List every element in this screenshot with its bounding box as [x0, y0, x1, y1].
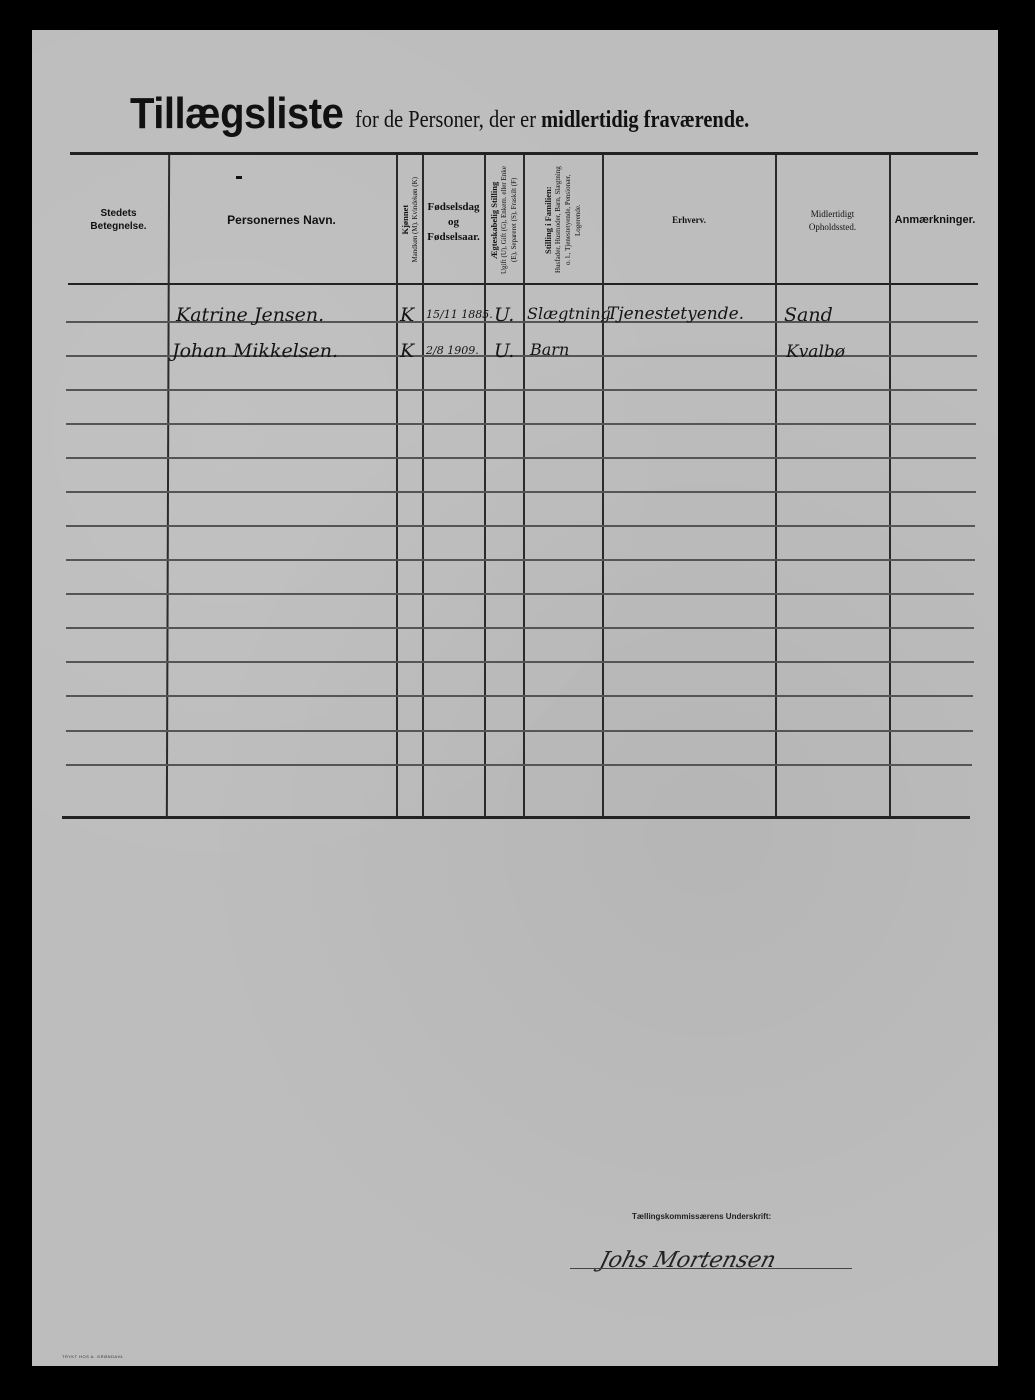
col-divider-occupation: [775, 155, 777, 817]
row-rule: [66, 491, 976, 493]
header-family: Stilling i Familien: Husfader, Husmoder,…: [524, 158, 602, 282]
col-divider-family: [602, 155, 604, 817]
row-rule: [66, 525, 975, 527]
cell-marital: U.: [494, 340, 514, 362]
header-marital-title: Ægteskabelig Stilling: [489, 181, 499, 258]
row-rule: [66, 730, 973, 732]
cell-name: Johan Mikkelsen.: [172, 340, 338, 362]
header-family-title: Stilling i Familien:: [543, 186, 553, 254]
cell-family: Barn: [530, 340, 569, 359]
cell-birth: 2/8 1909.: [426, 344, 479, 357]
printer-imprint: TRYKT HOS A. GRØNDAHL: [62, 1354, 124, 1359]
header-family-sub: Husfader, Husmoder, Barn, Slægtning o. l…: [553, 165, 583, 275]
row-rule: [66, 764, 972, 766]
row-rule: [66, 457, 976, 459]
header-occupation: Erhverv.: [603, 210, 775, 230]
cell-temp-residence: Kvalbø: [786, 342, 845, 362]
header-remarks-text: Anmærkninger.: [895, 214, 976, 226]
header-birth: Fødselsdag og Fødselsaar.: [423, 195, 484, 250]
header-marital-sub: Ugift (U), Gift (G), Enkem. eller Enke (…: [499, 165, 519, 275]
title-subtitle-regular: for de Personer, der er: [355, 107, 536, 133]
header-marital-text: Ægteskabelig Stilling Ugift (U), Gift (G…: [489, 165, 519, 275]
row-rule: [66, 661, 974, 663]
table-bottom-rule: [62, 816, 970, 819]
row-rule: [66, 593, 974, 595]
header-marital: Ægteskabelig Stilling Ugift (U), Gift (G…: [485, 158, 523, 282]
header-gender-text: Kjønnet Mandkøn (M). Kvindekøn (K): [400, 177, 420, 263]
header-name: Personernes Navn.: [167, 205, 396, 235]
signature-line: [570, 1268, 852, 1269]
header-name-text: Personernes Navn.: [227, 213, 336, 227]
signature: Johs Mortensen: [597, 1248, 779, 1273]
cell-marital: U.: [494, 304, 514, 326]
title-subtitle: for de Personer, der er midlertidig frav…: [355, 107, 749, 134]
cell-birth: 15/11 1885.: [426, 308, 493, 321]
header-temp-residence: Midlertidigt Opholdssted.: [776, 205, 889, 237]
header-mark: [236, 176, 242, 179]
signature-label: Tællingskommissærens Underskrift:: [632, 1212, 771, 1221]
cell-name: Katrine Jensen.: [176, 304, 324, 326]
row-rule: [66, 559, 975, 561]
cell-gender: K: [400, 340, 414, 362]
header-birth-text: Fødselsdag og Fødselsaar.: [425, 200, 483, 245]
cell-gender: K: [400, 304, 414, 326]
header-place: Stedets Betegnelse.: [70, 200, 167, 240]
cell-family: Slægtning: [527, 304, 611, 323]
title-main: Tillægsliste: [130, 90, 343, 139]
form-title: Tillægsliste for de Personer, der er mid…: [130, 92, 819, 137]
row-rule: [66, 627, 974, 629]
header-occupation-text: Erhverv.: [672, 215, 706, 225]
header-gender-sub: Mandkøn (M). Kvindekøn (K): [411, 177, 419, 263]
cell-temp-residence: Sand: [784, 304, 833, 326]
header-gender-title: Kjønnet: [400, 205, 410, 235]
row-rule: [66, 389, 977, 391]
col-divider-residence: [889, 155, 891, 817]
header-temp-residence-text: Midlertidigt Opholdssted.: [798, 208, 868, 234]
row-rule: [66, 423, 976, 425]
row-rule: [66, 695, 973, 697]
header-family-text: Stilling i Familien: Husfader, Husmoder,…: [543, 165, 583, 275]
header-place-text: Stedets Betegnelse.: [89, 207, 149, 233]
header-gender: Kjønnet Mandkøn (M). Kvindekøn (K): [397, 158, 422, 282]
title-subtitle-bold: midlertidig fraværende.: [541, 107, 749, 133]
col-divider-gender: [422, 155, 424, 817]
header-remarks: Anmærkninger.: [890, 210, 980, 230]
cell-occupation: Tjenestetyende.: [607, 304, 744, 324]
